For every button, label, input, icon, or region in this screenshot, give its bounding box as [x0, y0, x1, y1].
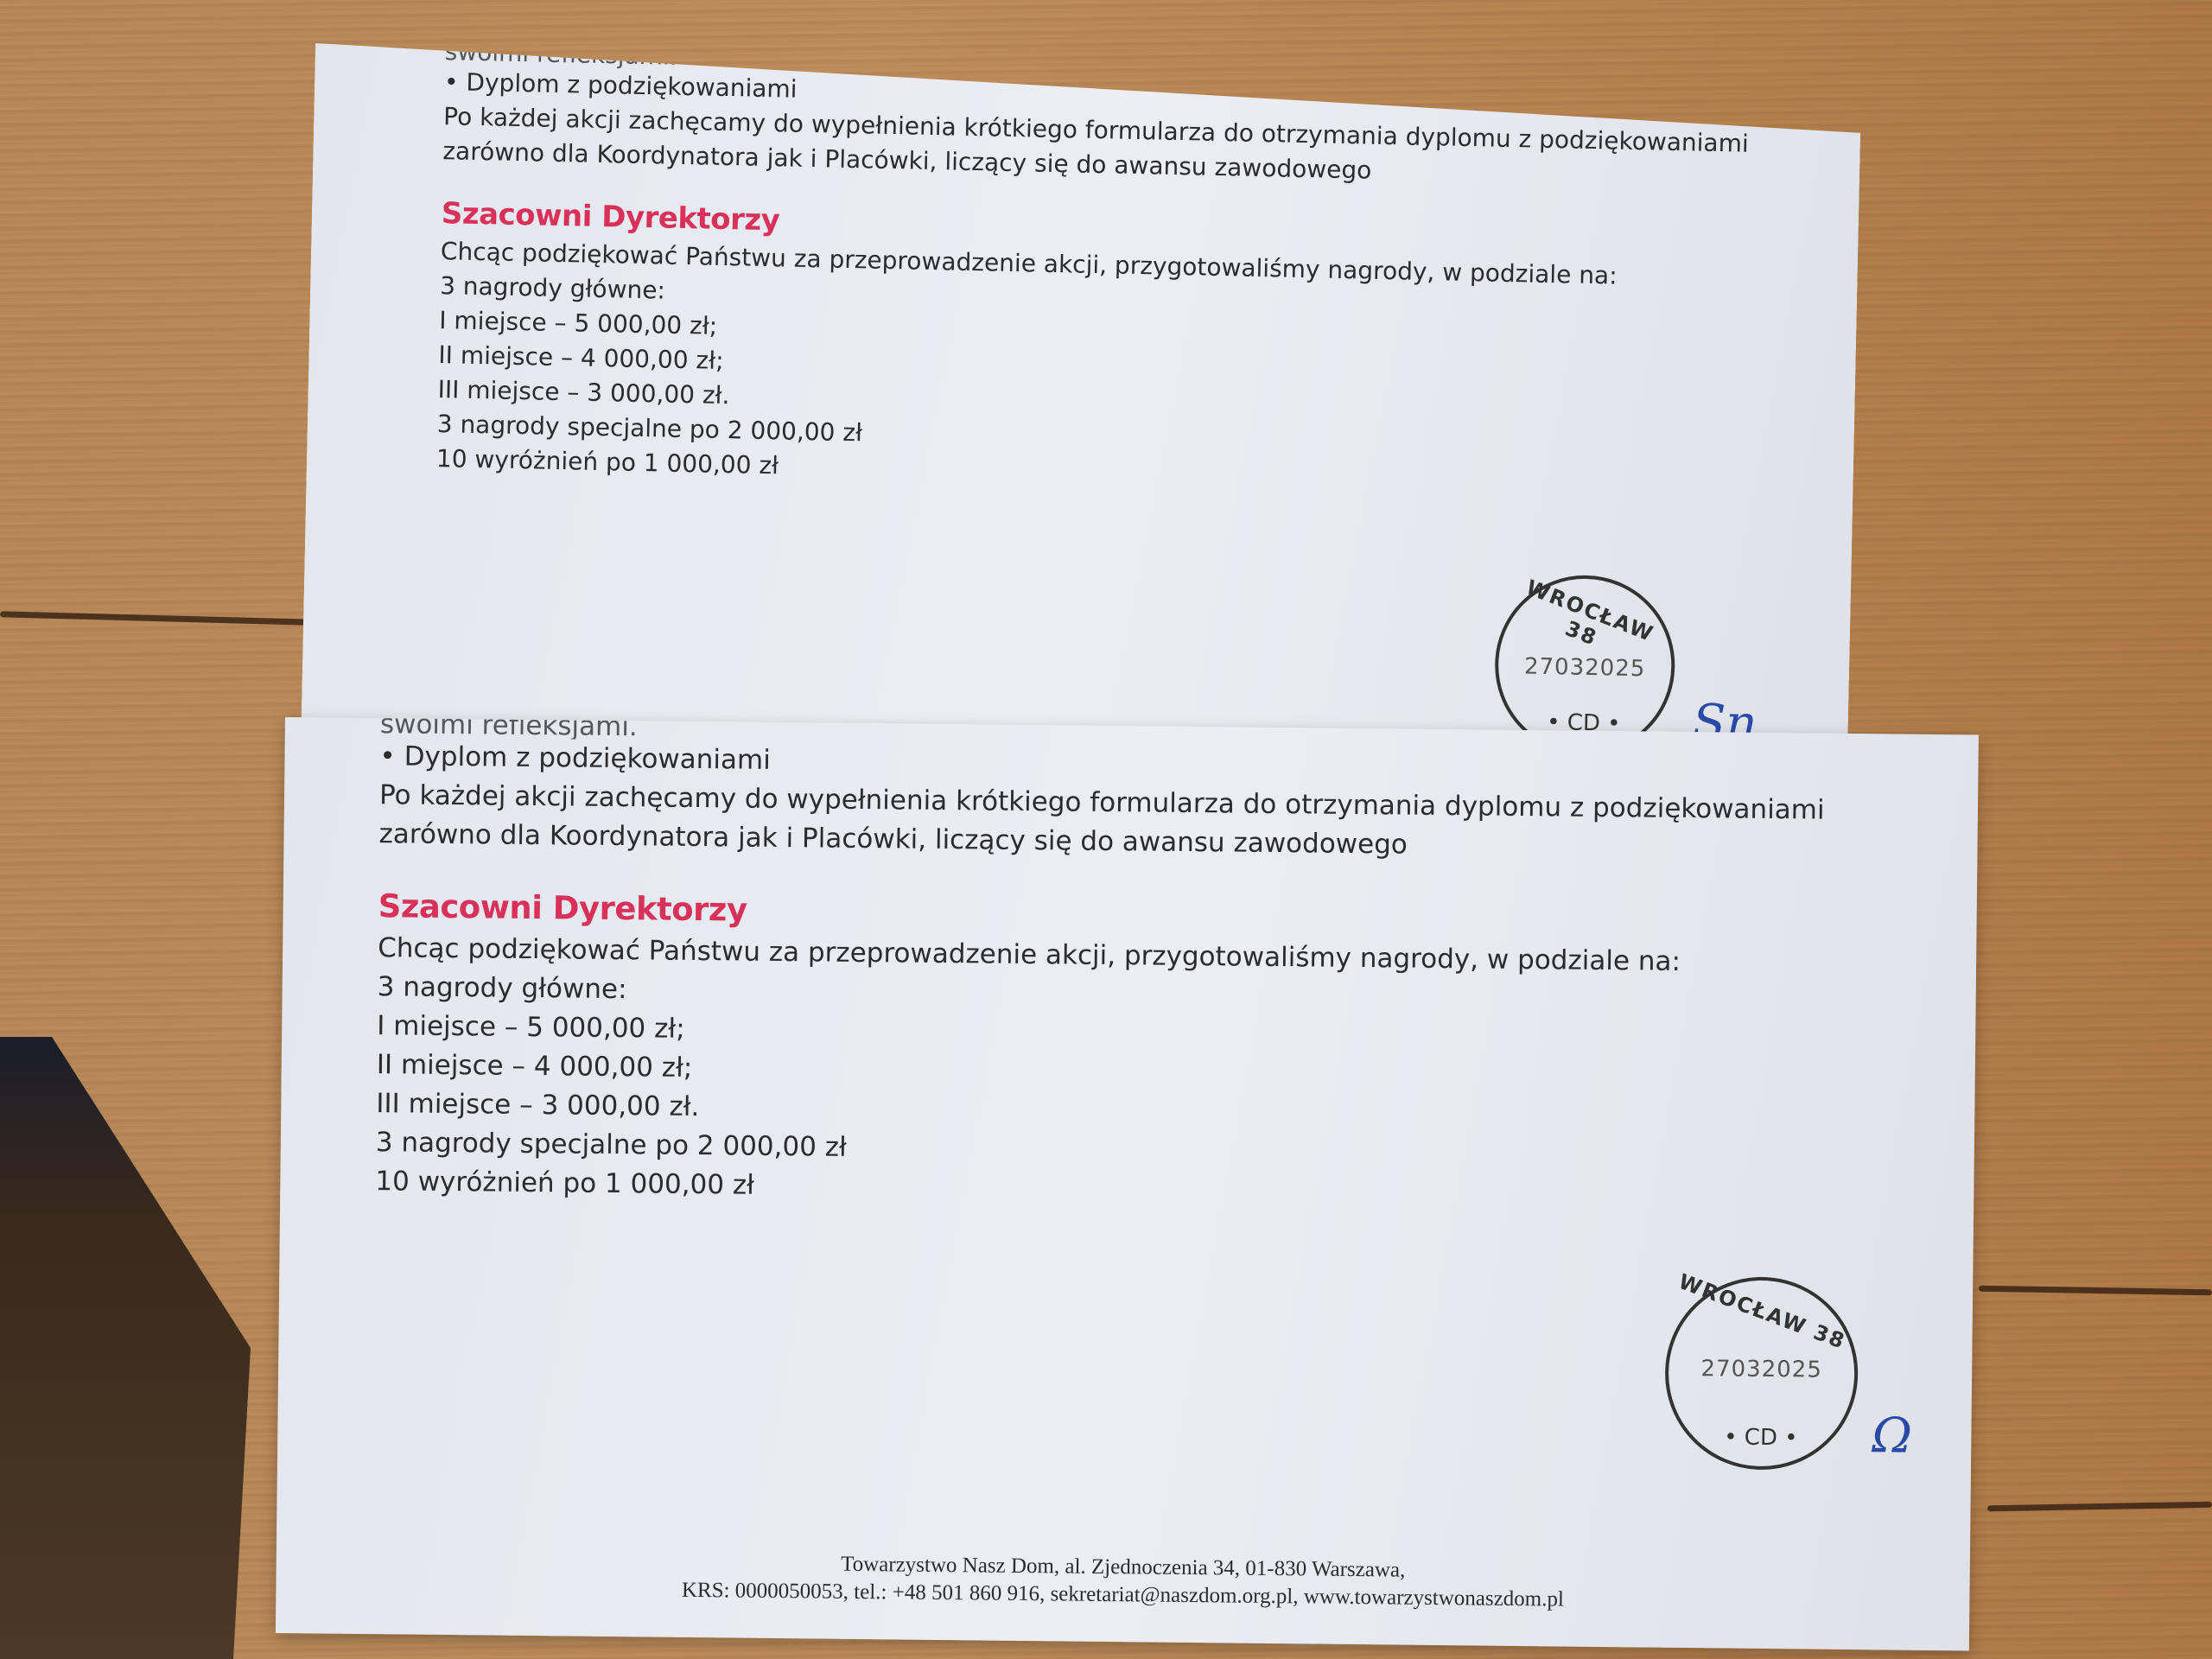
stamp-city: WROCŁAW 38: [1671, 1268, 1853, 1356]
wood-crack: [0, 611, 311, 625]
postal-stamp: WROCŁAW 38 27032025 • CD •: [1664, 1276, 1859, 1471]
stamp-code: • CD •: [1668, 1424, 1853, 1452]
table-shadow-corner: [0, 1037, 251, 1659]
document-bottom: swoimi refleksjami. • Dyplom z podziękow…: [276, 717, 1979, 1650]
signature: Ω: [1872, 1408, 1912, 1464]
footer: Towarzystwo Nasz Dom, al. Zjednoczenia 3…: [276, 1545, 1970, 1618]
document-top: swoimi refleksjami. • Dyplom z podziękow…: [301, 43, 1862, 792]
document-body: swoimi refleksjami. • Dyplom z podziękow…: [436, 46, 1751, 504]
stamp-date: 27032025: [1498, 653, 1672, 683]
stamp-date: 27032025: [1669, 1356, 1854, 1383]
document-body: swoimi refleksjami. • Dyplom z podziękow…: [375, 718, 1825, 1216]
wood-crack: [1979, 1286, 2212, 1296]
wood-crack: [1987, 1502, 2212, 1512]
